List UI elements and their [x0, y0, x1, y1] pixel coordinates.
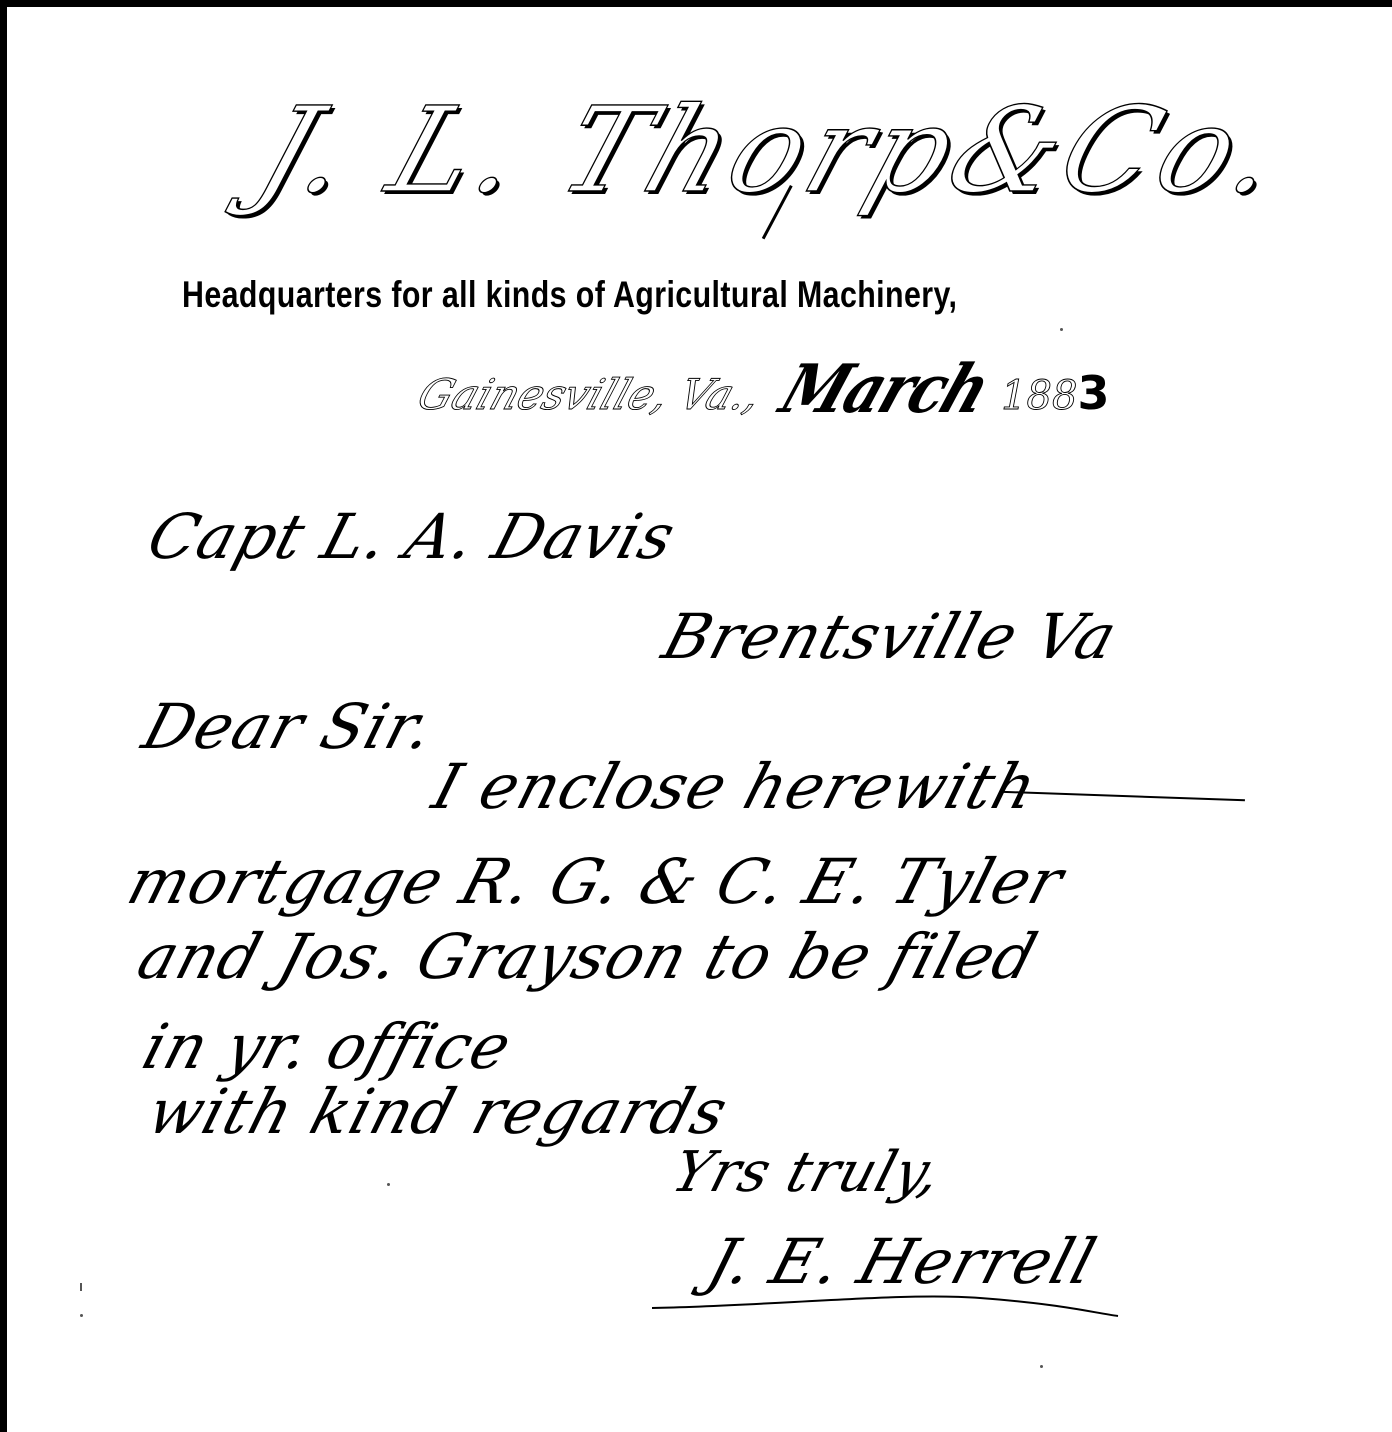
body-line: and Jos. Grayson to be filed: [130, 920, 1046, 993]
closing: Yrs truly,: [665, 1140, 949, 1205]
scan-speck: [1040, 1365, 1043, 1368]
signature-flourish: [650, 1280, 1120, 1320]
salutation: Dear Sir.: [135, 690, 442, 763]
scan-border-top: [0, 0, 1392, 7]
recipient-name: Capt L. A. Davis: [140, 500, 684, 573]
body-line: mortgage R. G. & C. E. Tyler: [120, 845, 1072, 918]
dateline: Gainesville, Va., March 1883: [420, 355, 1109, 425]
dateline-month: March: [771, 350, 999, 428]
scan-border-left: [0, 0, 7, 1432]
scan-speck: [1060, 328, 1063, 331]
letterhead-tagline: Headquarters for all kinds of Agricultur…: [182, 270, 1010, 320]
dateline-year-printed: 188: [1001, 373, 1077, 419]
letterhead-company-name: J. L. Thorp&Co.: [239, 70, 1131, 230]
body-line: with kind regards: [140, 1075, 736, 1148]
dateline-year-handwritten: 3: [1077, 366, 1109, 420]
scan-speck: [80, 1283, 82, 1291]
recipient-town: Brentsville Va: [655, 600, 1125, 673]
scan-speck: [80, 1314, 83, 1317]
dateline-place: Gainesville, Va.,: [412, 370, 767, 419]
body-line: in yr. office: [135, 1010, 520, 1083]
scan-speck: [387, 1183, 390, 1186]
body-underline-stroke: [1000, 791, 1245, 802]
body-line: I enclose herewith: [425, 750, 1046, 823]
